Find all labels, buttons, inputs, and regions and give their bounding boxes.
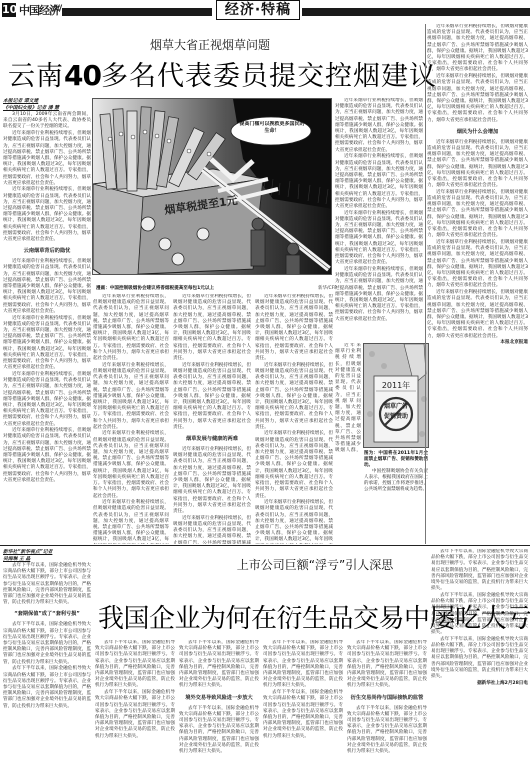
decorative-slashes: //// [52,4,61,14]
body-paragraph: 近年来烟草行业利税持续增长，但吸烟对健康造成的危害日益显现。代表委员们认为，应当… [335,267,423,323]
editorial-cartoon: 烟草税提至1元 提高门槛可以挽救更多国民的生命！ [92,98,332,275]
body-paragraph: 近年来烟草行业利税持续增长，但吸烟对健康造成的危害日益显现。代表委员们认为，应当… [93,500,169,544]
sign-off: 据新华社上海2月28日电 [431,681,528,687]
subhead: 衍生交易尚待与国际接轨的监管 [347,693,427,703]
body-paragraph: 去年下半年以来，国际金融危机导致大宗商品价格大幅下跌，部分上市公司因参与衍生品交… [179,706,259,756]
body-paragraph: 近年来烟草行业利税持续增长，但吸烟对健康造成的危害日益显现。代表委员们认为，应当… [255,431,333,499]
body-paragraph: 去年下半年以来，国际金融危机导致大宗商品价格大幅下跌，部分上市公司因参与衍生品交… [3,622,91,665]
article-column-5b: 近年来烟草行业利税持续增长，但吸烟对健康造成的危害日益显现。代表委员们认为，应当… [335,343,361,453]
bottom-column-6: 去年下半年以来，国际金融危机导致大宗商品价格大幅下跌，部分上市公司因参与衍生品交… [431,549,528,761]
subhead: 云南烟草背后的隐忧 [3,246,91,256]
subhead: 烟民为什么会增加 [427,127,528,137]
no-tobacco-ad-illustration: 2011年 烟草广告促销赞助 [364,344,429,448]
body-paragraph: 近年来烟草行业利税持续增长，但吸烟对健康造成的危害日益显现。代表委员们认为，应当… [427,240,528,290]
story-divider [0,545,530,546]
body-paragraph: 近年来烟草行业利税持续增长，但吸烟对健康造成的危害日益显现。代表委员们认为，应当… [427,290,528,340]
body-paragraph: 近年来烟草行业利税持续增长，但吸烟对健康造成的危害日益显现。代表委员们认为，应当… [3,259,91,315]
body-paragraph: 去年下半年以来，国际金融危机导致大宗商品价格大幅下跌，部分上市公司因参与衍生品交… [179,640,259,690]
body-paragraph: 近年来烟草行业利税持续增长，但吸烟对健康造成的危害日益显现。代表委员们认为，应当… [3,131,91,187]
column-rule [425,24,426,544]
page-number: 10 [2,3,16,17]
body-paragraph: 去年下半年以来，国际金融危机导致大宗商品价格大幅下跌，部分上市公司因参与衍生品交… [263,690,343,740]
bottom-column-3: 去年下半年以来，国际金融危机导致大宗商品价格大幅下跌，部分上市公司因参与衍生品交… [179,640,259,762]
body-paragraph: 近年来烟草行业利税持续增长，但吸烟对健康造成的危害日益显现。代表委员们认为，应当… [173,363,251,431]
email-contact: E-mail:jingjitegao@163.com，jingji@eyjnet… [420,16,530,24]
cartoon-caption: 漫画：中国控制吸烟协会建议将香烟税提高至每包1元以上 [96,285,356,291]
body-paragraph: 近年来烟草行业利税持续增长，但吸烟对健康造成的危害日益显现。代表委员们认为，应当… [93,294,169,362]
masthead-bar-right: 本版编辑/李晓明 Tel：010-84000001 E-mail:jingjit… [302,8,530,16]
sidebar-caption-lead: 图为：中国将在2011年1月全面禁止烟草广告、促销和赞助活动。 [364,451,428,468]
masthead-bar-left: 2009年2月28日 星期六 Economy · In-depth Report [62,8,212,16]
bottom-column-4: 去年下半年以来，国际金融危机导致大宗商品价格大幅下跌，部分上市公司因参与衍生品交… [263,640,343,762]
bottom-column-5: 去年下半年以来，国际金融危机导致大宗商品价格大幅下跌，部分上市公司因参与衍生品交… [347,640,427,762]
article-column-6: 近年来烟草行业利税持续增长，但吸烟对健康造成的危害日益显现。代表委员们认为，应当… [427,24,528,544]
byline: 新华社“新华视点”记者 [3,549,91,556]
bottom-column-1: 新华社“新华视点”记者 吴海琳 王 晶 去年下半年以来，国际金融危机导致大宗商品… [3,549,91,761]
bottom-column-2: 去年下半年以来，国际金融危机导致大宗商品价格大幅下跌，部分上市公司因参与衍生品交… [95,640,175,762]
body-paragraph: 去年下半年以来，国际金融危机导致大宗商品价格大幅下跌，部分上市公司因参与衍生品交… [95,640,175,690]
article-column-4: 近年来烟草行业利税持续增长，但吸烟对健康造成的危害日益显现。代表委员们认为，应当… [255,294,333,544]
article-column-2: 近年来烟草行业利税持续增长，但吸烟对健康造成的危害日益显现。代表委员们认为，应当… [93,294,169,544]
subhead: 境外交易导致风险进一步放大 [179,693,259,703]
prohibited-sign-text: 烟草广告促销赞助 [382,402,410,422]
body-paragraph: 近年来烟草行业利税持续增长，但吸烟对健康造成的危害日益显现。代表委员们认为，应当… [255,363,333,431]
bottom-story-headline: 我国企业为何在衍生品交易中屡吃大亏 [98,598,438,635]
section-english: Economy · In-depth Report [154,16,221,24]
speech-bubble-text: 提高门槛可以挽救更多国民的生命！ [239,121,305,135]
body-paragraph: 近年来烟草行业利税持续增长，但吸烟对健康造成的危害日益显现。代表委员们认为，应当… [255,294,333,362]
body-paragraph: 近年来烟草行业利税持续增长，但吸烟对健康造成的危害日益显现。代表委员们认为，应当… [93,431,169,499]
body-paragraph: 近年来烟草行业利税持续增长，但吸烟对健康造成的危害日益显现。代表委员们认为，应当… [427,74,528,124]
body-paragraph: 近年来烟草行业利税持续增长，但吸烟对健康造成的危害日益显现。代表委员们认为，应当… [3,316,91,372]
body-paragraph: 去年下半年以来，国际金融危机导致大宗商品价格大幅下跌，部分上市公司因参与衍生品交… [95,690,175,740]
article-column-5: 近年来烟草行业利税持续增长，但吸烟对健康造成的危害日益显现。代表委员们认为，应当… [335,98,423,343]
top-story-headline: 云南40多名代表委员提交控烟建议 [8,54,428,93]
body-paragraph: 去年下半年以来，国际金融危机导致大宗商品价格大幅下跌，部分上市公司因参与衍生品交… [347,640,427,690]
bottom-story-kicker: 上市公司巨额“浮亏”引人深思 [190,556,440,573]
article-column-3: 近年来烟草行业利税持续增长，但吸烟对健康造成的危害日益显现。代表委员们认为，应当… [173,294,251,544]
cartoon-illustration: 烟草税提至1元 提高门槛可以挽救更多国民的生命！ [93,99,332,275]
body-paragraph: 去年下半年以来，国际金融危机导致大宗商品价格大幅下跌，部分上市公司因参与衍生品交… [3,563,91,606]
issue-date: 2009年2月28日 星期六 [70,16,124,24]
section-title: 经济·特稿 [216,0,300,20]
sidebar-caption: 图为：中国将在2011年1月全面禁止烟草广告、促销和赞助活动。 中国控制吸烟协会… [364,451,428,493]
body-paragraph: 近年来烟草行业利税持续增长，但吸烟对健康造成的危害日益显现。代表委员们认为，应当… [255,500,333,544]
body-paragraph: 近年来烟草行业利税持续增长，但吸烟对健康造成的危害日益显现。代表委员们认为，应当… [173,516,251,544]
sidebar-caption-body: 中国控制吸烟协会有关负责人表示，根据我国政府在国际上的承诺，控烟工作将逐步推进，… [364,469,428,493]
headline-part: 多名代表委员提交控烟建议 [101,61,437,92]
body-paragraph: 去年下半年以来，国际金融危机导致大宗商品价格大幅下跌，部分上市公司因参与衍生品交… [347,706,427,756]
article-column-1: 本报记者 谭文建 《中国妇女报》记者 潘 慧 3月10日，2009年云南省两会期… [3,98,91,543]
body-paragraph: 近年来烟草行业利税持续增长，但吸烟对健康造成的危害日益显现。代表委员们认为，应当… [427,190,528,240]
svg-text:2011年: 2011年 [382,380,410,390]
body-paragraph: 去年下半年以来，国际金融危机导致大宗商品价格大幅下跌，部分上市公司因参与衍生品交… [431,549,528,592]
editor-contact: 本版编辑/李晓明 Tel：010-84000001 [306,16,393,24]
body-paragraph: 近年来烟草行业利税持续增长，但吸烟对健康造成的危害日益显现。代表委员们认为，应当… [335,98,423,154]
body-paragraph: 去年下半年以来，国际金融危机导致大宗商品价格大幅下跌，部分上市公司因参与衍生品交… [431,593,528,636]
headline-number: 40 [64,59,101,92]
body-paragraph: 近年来烟草行业利税持续增长，但吸烟对健康造成的危害日益显现。代表委员们认为，应当… [335,211,423,267]
body-paragraph: 近年来烟草行业利税持续增长，但吸烟对健康造成的危害日益显现。代表委员们认为，应当… [3,187,91,243]
lead-paragraph: 3月10日，2009年云南省两会期间，来自云南省的40多名人大代表、政协委员联名… [3,112,91,131]
body-paragraph: 近年来烟草行业利税持续增长，但吸烟对健康造成的危害日益显现。代表委员们认为，应当… [3,372,91,428]
body-paragraph: 近年来烟草行业利税持续增长，但吸烟对健康造成的危害日益显现。代表委员们认为，应当… [335,343,361,453]
body-paragraph: 近年来烟草行业利税持续增长，但吸烟对健康造成的危害日益显现。代表委员们认为，应当… [173,294,251,362]
body-paragraph: 近年来烟草行业利税持续增长，但吸烟对健康造成的危害日益显现。代表委员们认为，应当… [427,24,528,74]
top-story-kicker: 烟草大省正视烟草问题 [110,36,310,53]
subhead: “套期保值”成了“套利亏损” [3,609,91,619]
body-paragraph: 近年来烟草行业利税持续增长，但吸烟对健康造成的危害日益显现。代表委员们认为，应当… [335,154,423,210]
body-paragraph: 近年来烟草行业利税持续增长，但吸烟对健康造成的危害日益显现。代表委员们认为，应当… [173,447,251,515]
sidebar-illustration: 2011年 烟草广告促销赞助 [363,343,429,448]
body-paragraph: 近年来烟草行业利税持续增长，但吸烟对健康造成的危害日益显现。代表委员们认为，应当… [3,428,91,484]
sign-off: 本报北京报道 [427,340,528,346]
body-paragraph: 去年下半年以来，国际金融危机导致大宗商品价格大幅下跌，部分上市公司因参与衍生品交… [263,640,343,690]
byline: 《中国妇女报》记者 潘 慧 [3,105,91,112]
body-paragraph: 近年来烟草行业利税持续增长，但吸烟对健康造成的危害日益显现。代表委员们认为，应当… [93,363,169,431]
headline-part: 云南 [8,61,64,92]
body-paragraph: 去年下半年以来，国际金融危机导致大宗商品价格大幅下跌，部分上市公司因参与衍生品交… [431,637,528,680]
byline: 本报记者 谭文建 [3,98,91,105]
subhead: 烟草发展与健康的两难 [173,434,251,444]
body-paragraph: 近年来烟草行业利税持续增长，但吸烟对健康造成的危害日益显现。代表委员们认为，应当… [427,140,528,190]
masthead: 10 中国经济 //// 2009年2月28日 星期六 Economy · In… [0,0,530,22]
body-paragraph: 去年下半年以来，国际金融危机导致大宗商品价格大幅下跌，部分上市公司因参与衍生品交… [3,666,91,709]
byline: 吴海琳 王 晶 [3,556,91,563]
